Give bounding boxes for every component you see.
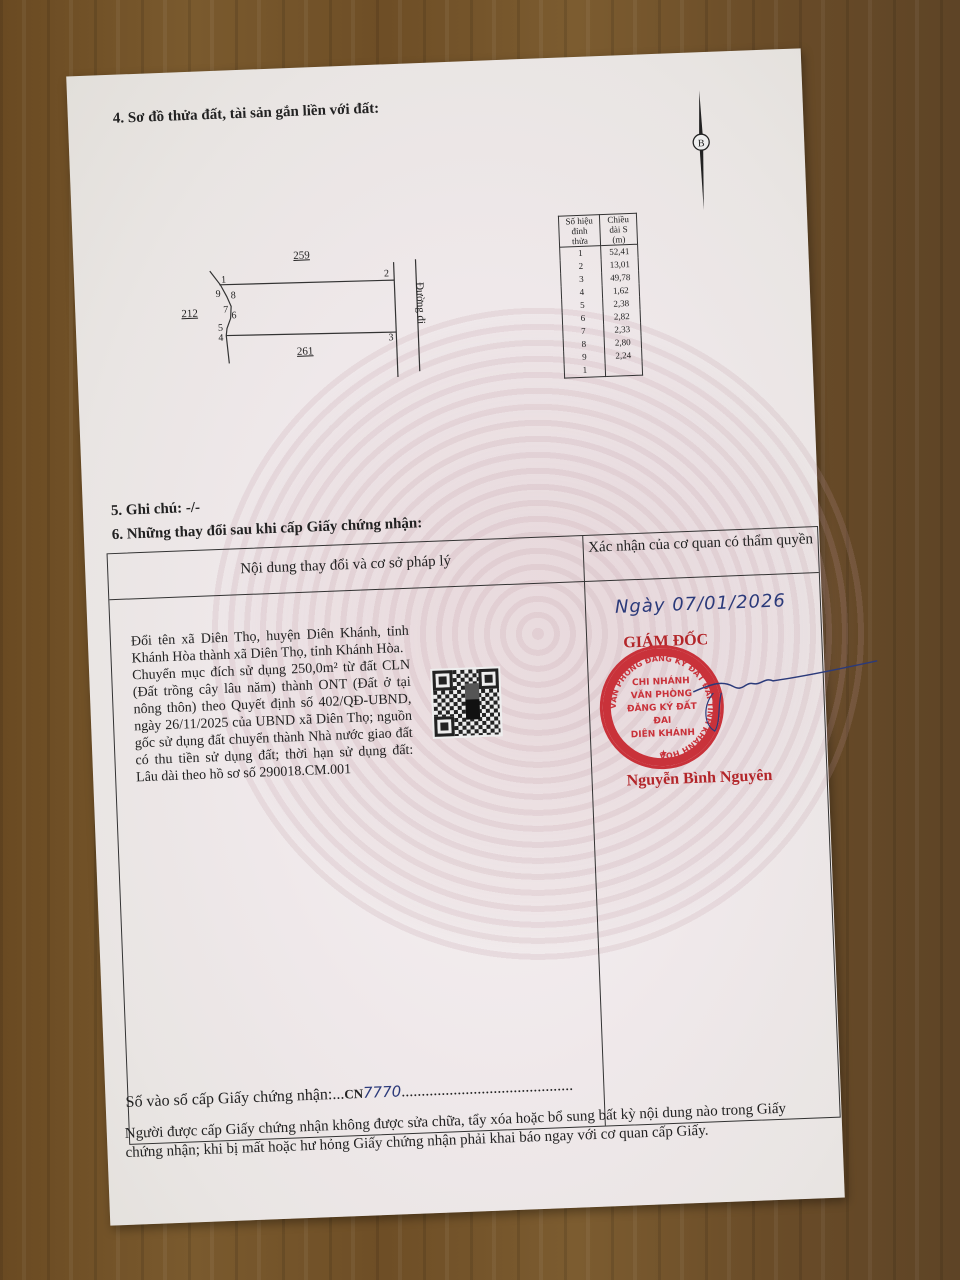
header-change-content: Nội dung thay đổi và cơ sở pháp lý (108, 548, 583, 583)
svg-text:★: ★ (659, 748, 667, 758)
handwritten-date: Ngày 07/01/2026 (615, 590, 787, 618)
neighbor-parcel-top: 259 (293, 249, 310, 262)
signer-name: Nguyễn Bình Nguyên (626, 767, 772, 791)
col-header-length: Chiều dài S (m) (599, 213, 637, 245)
vertex-7: 7 (223, 304, 228, 315)
vertex-1: 1 (221, 275, 226, 286)
signature (671, 637, 884, 735)
road-label: Đường đi (413, 282, 427, 324)
section-5-notes: 5. Ghi chú: -/- (111, 500, 201, 520)
section-4-title: 4. Sơ đồ thửa đất, tài sản gắn liền với … (113, 101, 380, 128)
registration-number-handwritten: 7770 (363, 1082, 402, 1101)
certificate-page: 4. Sơ đồ thửa đất, tài sản gắn liền với … (66, 48, 845, 1225)
change-paragraph: Chuyển mục đích sử dụng 250,0m² từ đất C… (132, 657, 414, 787)
vertex-9: 9 (215, 289, 220, 300)
edge-length-table: Số hiệu đỉnh thửa Chiều dài S (m) 152,41… (558, 213, 643, 379)
vertex-4: 4 (218, 333, 223, 344)
vertex-8: 8 (231, 290, 236, 301)
header-authority-confirmation: Xác nhận của cơ quan có thẩm quyền (583, 531, 817, 557)
qr-code (430, 666, 503, 739)
neighbor-parcel-left: 212 (181, 308, 198, 321)
change-content: Đổi tên xã Diên Thọ, huyện Diên Khánh, t… (131, 623, 415, 787)
parcel-diagram: 259 261 212 Đường đi 1 2 3 4 5 6 7 8 9 (183, 240, 458, 390)
section-6-title: 6. Những thay đổi sau khi cấp Giấy chứng… (112, 515, 423, 544)
vertex-2: 2 (384, 268, 389, 279)
registration-prefix: CN (344, 1086, 363, 1102)
compass-label: B (698, 138, 705, 149)
vertex-3: 3 (388, 332, 393, 343)
neighbor-parcel-bottom: 261 (297, 345, 314, 358)
north-arrow-icon: B (689, 90, 714, 211)
vertex-6: 6 (231, 310, 236, 321)
table-row: 1 (564, 362, 642, 378)
changes-table: Nội dung thay đổi và cơ sở pháp lý Xác n… (107, 526, 841, 1145)
vertex-5: 5 (218, 323, 223, 334)
col-header-vertex: Số hiệu đỉnh thửa (558, 215, 600, 248)
